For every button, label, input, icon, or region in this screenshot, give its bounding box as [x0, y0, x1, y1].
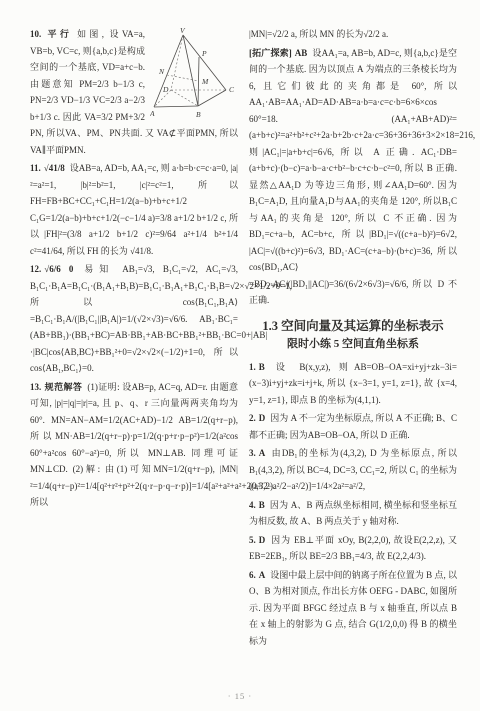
solution-continuation: |MN|=√2/2 a, 所以 MN 的长为√2/2 a.	[249, 26, 457, 43]
problem-number: 13.	[30, 382, 41, 392]
figure-label-d: D	[162, 85, 169, 94]
figure-label-n: N	[158, 67, 165, 76]
problem-4: 4.B因为 A、B 两点纵坐标相同, 横坐标和竖坐标互为相反数, 故 A、B 两…	[249, 497, 457, 530]
figure-label-a: A	[150, 109, 155, 118]
problem-number: 4.	[249, 500, 256, 510]
expand-explore-answer: AB	[295, 48, 308, 58]
problem-number: 1.	[249, 362, 256, 372]
problem-solution-text: 因为 A、B 两点纵坐标相同, 横坐标和竖坐标互为相反数, 故 A、B 两点关于…	[249, 500, 457, 527]
problem-2: 2.D因为 A 不一定为坐标原点, 所以 A 不正确; B、C 都不正确; 因为…	[249, 410, 457, 443]
problem-answer: 平行	[44, 29, 72, 39]
problem-number: 2.	[249, 413, 256, 423]
problem-number: 10.	[30, 29, 41, 39]
figure-label-m: M	[201, 77, 209, 86]
problem-number: 5.	[249, 535, 256, 545]
problem-answer: D	[259, 413, 266, 423]
figure-label-p: P	[201, 49, 207, 58]
problem-solution-text: 由DB₁的坐标为(4,3,2), D 为坐标原点, 所以 B₁(4,3,2), …	[249, 448, 457, 491]
figure-label-b: B	[196, 110, 201, 119]
problem-number: 12.	[30, 264, 41, 274]
problem-answer: B	[259, 362, 265, 372]
continuation-text: |MN|=√2/2 a, 所以 MN 的长为√2/2 a.	[249, 29, 388, 39]
section-heading: 1.3 空间向量及其运算的坐标表示	[249, 318, 457, 334]
problem-answer: √41/8	[44, 163, 65, 173]
textbook-answer-page: V A B C D P M N 10.平行如图, 设VA=a, VB=b, VC…	[0, 0, 480, 711]
problem-number: 6.	[249, 570, 256, 580]
problem-answer: A	[259, 570, 266, 580]
problem-solution-text: 因为 EB⊥平面 xOy, B(2,2,0), 故设E(2,2,z), 又 EB…	[249, 535, 457, 562]
expand-explore-label: [拓广探索]	[249, 48, 292, 58]
problem-answer: √6/6 0	[44, 264, 73, 274]
problem-answer: 规范解答	[44, 382, 82, 392]
problem-5: 5.D因为 EB⊥平面 xOy, B(2,2,0), 故设E(2,2,z), 又…	[249, 532, 457, 565]
subsection-heading: 限时小练 5 空间直角坐标系	[249, 337, 457, 352]
problem-6: 6.A设图中最上层中间的钠离子所在位置为 B 点, 以 O、B 为相对顶点, 作…	[249, 567, 457, 650]
figure-label-v: V	[180, 26, 186, 35]
figure-label-c: C	[229, 85, 235, 94]
problem-answer: D	[259, 535, 266, 545]
problem-10: V A B C D P M N 10.平行如图, 设VA=a, VB=b, VC…	[30, 26, 238, 158]
problem-1: 1.B设 B(x,y,z), 则AB=OB−OA=xi+yj+zk−3i=(x−…	[249, 359, 457, 409]
problem-11: 11.√41/8设AB=a, AD=b, AA₁=c, 则 a·b=b·c=c·…	[30, 160, 238, 259]
problem-number: 3.	[249, 448, 256, 458]
expand-explore-block: [拓广探索]AB设AA₁=a, AB=b, AD=c, 则{a,b,c}是空间的…	[249, 45, 457, 309]
problem-answer: B	[259, 500, 265, 510]
problem-answer: A	[259, 448, 266, 458]
problem-solution-text: 设AB=a, AD=b, AA₁=c, 则 a·b=b·c=c·a=0, |a|…	[30, 163, 238, 256]
expand-explore-text: 设AA₁=a, AB=b, AD=c, 则{a,b,c}是空间的一个基底. 因为…	[249, 48, 475, 306]
problem-solution-text: 因为 A 不一定为坐标原点, 所以 A 不正确; B、C 都不正确; 因为AB=…	[249, 413, 457, 440]
left-column: V A B C D P M N 10.平行如图, 设VA=a, VB=b, VC…	[30, 26, 238, 651]
problem-number: 11.	[30, 163, 41, 173]
problem-3: 3.A由DB₁的坐标为(4,3,2), D 为坐标原点, 所以 B₁(4,3,2…	[249, 445, 457, 495]
pyramid-figure: V A B C D P M N	[150, 26, 238, 120]
problem-solution-text: 设图中最上层中间的钠离子所在位置为 B 点, 以 O、B 为相对顶点, 作出长方…	[249, 570, 457, 646]
right-column: |MN|=√2/2 a, 所以 MN 的长为√2/2 a. [拓广探索]AB设A…	[249, 26, 457, 651]
two-column-layout: V A B C D P M N 10.平行如图, 设VA=a, VB=b, VC…	[0, 0, 480, 651]
problem-solution-text: 设 B(x,y,z), 则AB=OB−OA=xi+yj+zk−3i=(x−3)i…	[249, 362, 457, 405]
problem-12: 12.√6/6 0易知 AB₁=√3, B₁C₁=√2, AC₁=√3, B₁C…	[30, 261, 238, 377]
problem-13: 13.规范解答(1)证明: 设AB=p, AC=q, AD=r. 由题意可知, …	[30, 379, 238, 511]
page-number: · 15 ·	[0, 691, 480, 701]
